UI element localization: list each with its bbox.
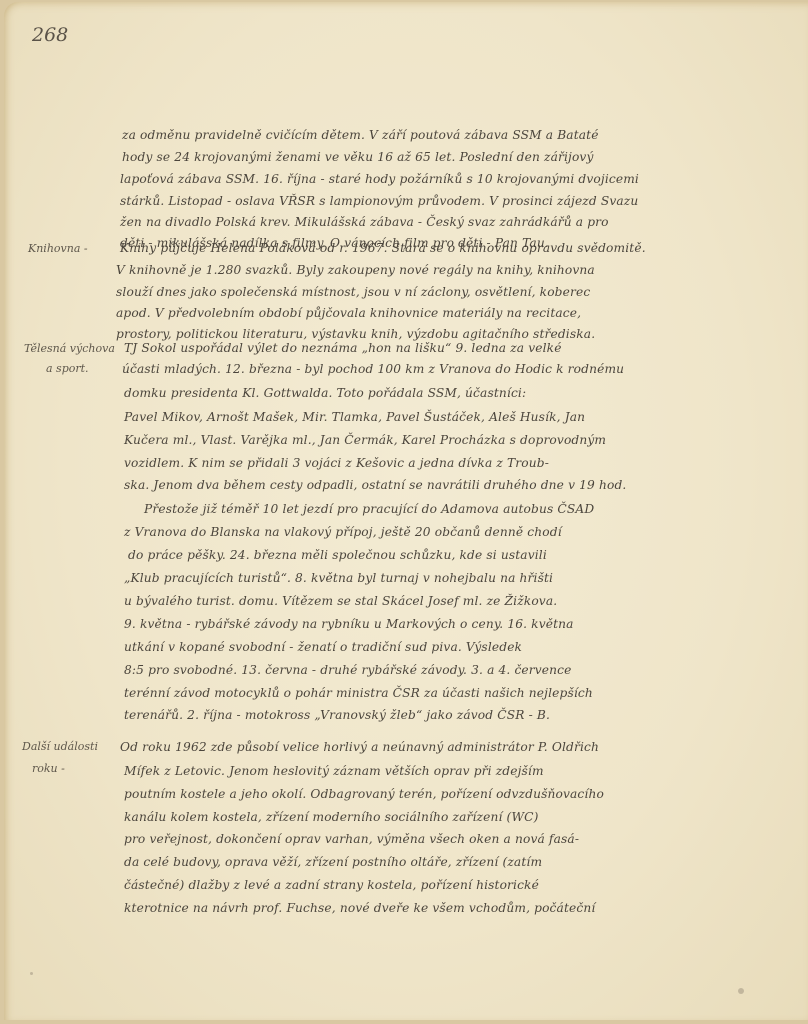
text-line: domku presidenta Kl. Gottwalda. Toto poř…: [124, 386, 526, 400]
paper-stain: [738, 988, 744, 994]
text-line: slouží dnes jako společenská místnost, j…: [116, 285, 590, 299]
margin-label-knihovna: Knihovna -: [28, 242, 88, 255]
text-line: částečné) dlažby z levé a zadní strany k…: [124, 878, 539, 892]
text-line: Kučera ml., Vlast. Varějka ml., Jan Čerm…: [124, 433, 606, 447]
text-line: terénní závod motocyklů o pohár ministra…: [124, 686, 593, 700]
manuscript-page: 268 za odměnu pravidelně cvičícím dětem.…: [4, 2, 808, 1020]
text-line: u bývalého turist. domu. Vítězem se stal…: [124, 594, 557, 608]
text-line: z Vranova do Blanska na vlakový přípoj, …: [124, 525, 562, 539]
text-line: „Klub pracujících turistů“. 8. května by…: [124, 571, 553, 585]
text-line: 8:5 pro svobodné. 13. června - druhé ryb…: [124, 663, 572, 677]
text-line: kterotnice na návrh prof. Fuchse, nové d…: [124, 901, 595, 915]
text-line: utkání v kopané svobodní - ženatí o trad…: [124, 640, 522, 654]
text-line: apod. V předvolebním období půjčovala kn…: [116, 306, 581, 320]
page-number: 268: [32, 24, 68, 46]
text-line: stárků. Listopad - oslava VŘSR s lampion…: [120, 194, 638, 208]
text-line: V knihovně je 1.280 svazků. Byly zakoupe…: [116, 263, 595, 277]
text-line: Knihy půjčuje Helena Poláková od r. 1967…: [120, 241, 646, 255]
text-line: poutním kostele a jeho okolí. Odbagrovan…: [124, 787, 604, 801]
text-line: vozidlem. K nim se přidali 3 vojáci z Ke…: [124, 456, 549, 470]
text-line: terenářů. 2. října - motokross „Vranovsk…: [124, 708, 550, 722]
text-line: do práce pěšky. 24. března měli společno…: [128, 548, 547, 562]
margin-label-roku: roku -: [32, 762, 65, 775]
text-line: Pavel Mikov, Arnošt Mašek, Mir. Tlamka, …: [124, 410, 585, 424]
text-line: žen na divadlo Polská krev. Mikulášská z…: [120, 215, 609, 229]
text-line: pro veřejnost, dokončení oprav varhan, v…: [124, 832, 579, 846]
text-line: da celé budovy, oprava věží, zřízení pos…: [124, 855, 542, 869]
text-line: Mífek z Letovic. Jenom heslovitý záznam …: [124, 764, 544, 778]
text-line: kanálu kolem kostela, zřízení moderního …: [124, 810, 539, 824]
text-line: hody se 24 krojovanými ženami ve věku 16…: [122, 150, 594, 164]
margin-label-dalsi-udalosti: Další události: [22, 740, 98, 753]
text-line: ska. Jenom dva během cesty odpadli, osta…: [124, 478, 626, 492]
text-line: účasti mladých. 12. března - byl pochod …: [122, 362, 624, 376]
margin-label-telesna-vychova: Tělesná výchova: [24, 342, 115, 355]
text-line: za odměnu pravidelně cvičícím dětem. V z…: [122, 128, 599, 142]
text-line: lapoťová zábava SSM. 16. října - staré h…: [120, 172, 639, 186]
paper-stain: [30, 972, 33, 975]
text-line: 9. května - rybářské závody na rybníku u…: [124, 617, 574, 631]
text-line: TJ Sokol uspořádal výlet do neznáma „hon…: [124, 341, 562, 355]
text-line: Od roku 1962 zde působí velice horlivý a…: [120, 740, 599, 754]
margin-label-a-sport: a sport.: [46, 362, 89, 375]
text-line: prostory, politickou literaturu, výstavk…: [116, 327, 595, 341]
text-line: Přestože již téměř 10 let jezdí pro prac…: [144, 502, 594, 516]
